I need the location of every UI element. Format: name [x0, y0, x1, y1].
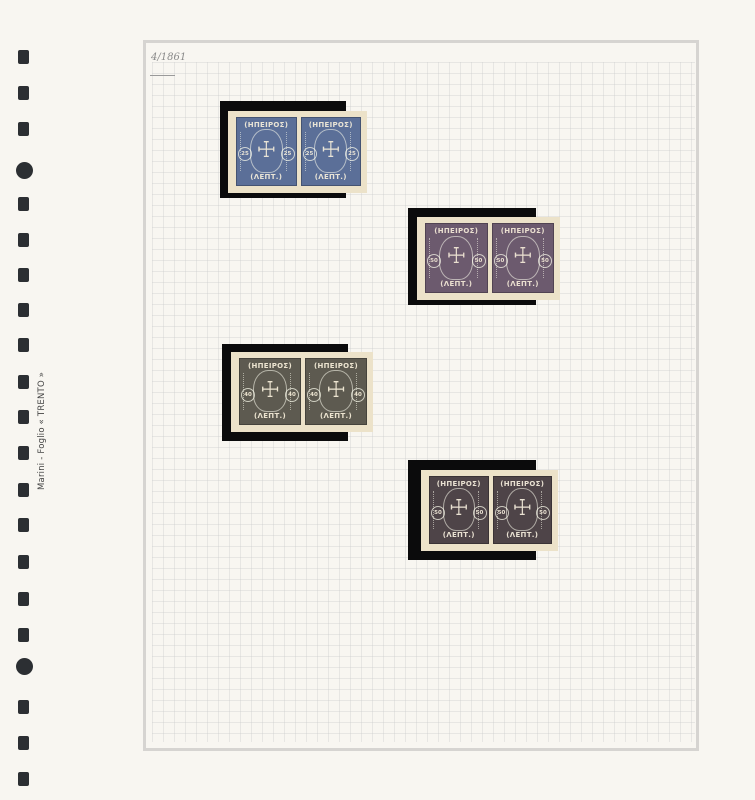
double-eagle-icon: ☩: [260, 379, 280, 401]
stamp: (ΗΠΕΙΡΟΣ)☩5050(ΛΕΠΤ.): [493, 476, 553, 544]
binder-hole: [18, 86, 29, 100]
stamp-bottom-text: (ΛΕΠΤ.): [497, 279, 550, 290]
stamp-pair-1[interactable]: (ΗΠΕΙΡΟΣ)☩2525(ΛΕΠΤ.)(ΗΠΕΙΡΟΣ)☩2525(ΛΕΠΤ…: [228, 111, 367, 193]
stamp-bottom-text: (ΛΕΠΤ.): [241, 172, 292, 183]
denomination-right: 40: [285, 388, 299, 402]
stamp: (ΗΠΕΙΡΟΣ)☩2525(ΛΕΠΤ.): [301, 117, 362, 186]
denomination-left: 50: [494, 254, 508, 268]
binder-hole: [18, 375, 29, 389]
binder-hole: [18, 410, 29, 424]
denomination-left: 25: [303, 147, 317, 161]
binder-hole: [18, 197, 29, 211]
stamp: (ΗΠΕΙΡΟΣ)☩5050(ΛΕΠΤ.): [492, 223, 555, 293]
denomination-right: 50: [538, 254, 552, 268]
stamp-bottom-text: (ΛΕΠΤ.): [430, 279, 483, 290]
album-page-label: Marini - Foglio « TRENTO »: [37, 372, 47, 490]
pencil-note: 4/1861: [151, 52, 186, 63]
stamp-bottom-text: (ΛΕΠΤ.): [434, 530, 484, 541]
binder-hole: [18, 555, 29, 569]
double-eagle-icon: ☩: [449, 498, 469, 520]
denomination-right: 40: [351, 388, 365, 402]
double-eagle-icon: ☩: [326, 379, 346, 401]
binder-hole: [18, 122, 29, 136]
double-eagle-icon: ☩: [512, 498, 532, 520]
stamp-bottom-text: (ΛΕΠΤ.): [306, 172, 357, 183]
binder-ring-hole: [16, 658, 33, 675]
pencil-underline: [150, 75, 175, 76]
double-eagle-icon: ☩: [513, 246, 533, 268]
stamp: (ΗΠΕΙΡΟΣ)☩4040(ΛΕΠΤ.): [239, 358, 301, 425]
binder-hole: [18, 446, 29, 460]
stamp: (ΗΠΕΙΡΟΣ)☩5050(ΛΕΠΤ.): [425, 223, 488, 293]
binder-hole: [18, 303, 29, 317]
denomination-right: 50: [536, 506, 550, 520]
stamp-pair-3[interactable]: (ΗΠΕΙΡΟΣ)☩4040(ΛΕΠΤ.)(ΗΠΕΙΡΟΣ)☩4040(ΛΕΠΤ…: [231, 352, 373, 432]
binder-hole: [18, 628, 29, 642]
denomination-left: 50: [427, 254, 441, 268]
stamp-pair-2[interactable]: (ΗΠΕΙΡΟΣ)☩5050(ΛΕΠΤ.)(ΗΠΕΙΡΟΣ)☩5050(ΛΕΠΤ…: [417, 217, 560, 300]
stamp: (ΗΠΕΙΡΟΣ)☩4040(ΛΕΠΤ.): [305, 358, 367, 425]
denomination-left: 50: [431, 506, 445, 520]
stamp: (ΗΠΕΙΡΟΣ)☩5050(ΛΕΠΤ.): [429, 476, 489, 544]
denomination-left: 40: [307, 388, 321, 402]
binder-ring-hole: [16, 162, 33, 179]
double-eagle-icon: ☩: [256, 139, 276, 161]
denomination-left: 40: [241, 388, 255, 402]
denomination-right: 50: [473, 506, 487, 520]
binder-hole: [18, 518, 29, 532]
binder-hole: [18, 233, 29, 247]
binder-hole: [18, 700, 29, 714]
denomination-right: 25: [281, 147, 295, 161]
stamp-bottom-text: (ΛΕΠΤ.): [244, 411, 296, 422]
denomination-right: 50: [472, 254, 486, 268]
binder-hole: [18, 338, 29, 352]
binder-hole: [18, 268, 29, 282]
double-eagle-icon: ☩: [446, 246, 466, 268]
stamp: (ΗΠΕΙΡΟΣ)☩2525(ΛΕΠΤ.): [236, 117, 297, 186]
binder-hole: [18, 736, 29, 750]
binder-hole: [18, 772, 29, 786]
denomination-left: 50: [495, 506, 509, 520]
binder-hole: [18, 483, 29, 497]
double-eagle-icon: ☩: [321, 139, 341, 161]
binder-hole: [18, 592, 29, 606]
stamp-bottom-text: (ΛΕΠΤ.): [310, 411, 362, 422]
binder-hole: [18, 50, 29, 64]
stamp-pair-4[interactable]: (ΗΠΕΙΡΟΣ)☩5050(ΛΕΠΤ.)(ΗΠΕΙΡΟΣ)☩5050(ΛΕΠΤ…: [421, 470, 558, 551]
stamp-bottom-text: (ΛΕΠΤ.): [498, 530, 548, 541]
